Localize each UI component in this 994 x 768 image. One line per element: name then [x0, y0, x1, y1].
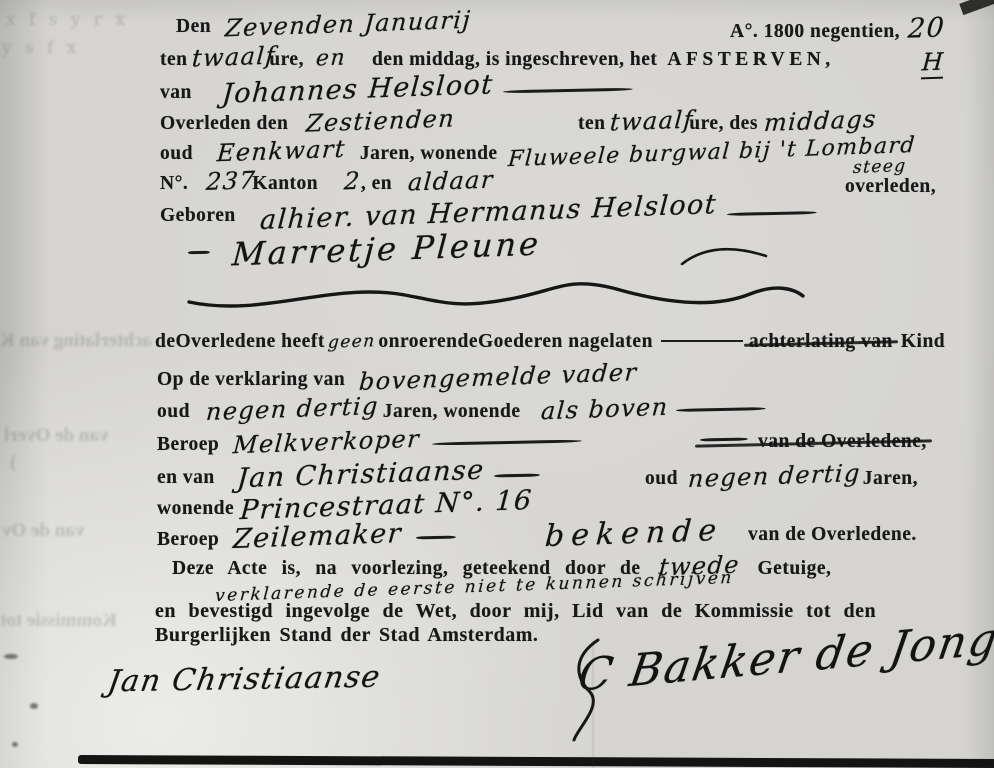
printed-text: , en [361, 173, 392, 195]
record-line-law: en bevestigd ingevolge de Wet, door mij,… [155, 600, 876, 623]
death-record-document: x f s y r x y s f x achterlating van K v… [0, 0, 994, 768]
printed-text: wonende [157, 498, 234, 520]
printed-text: Kind [901, 331, 945, 353]
record-line-year: A°. 1800 negentien, 20 [730, 13, 945, 44]
printed-text: en van [157, 467, 215, 489]
printed-text: en bevestigd ingevolge de Wet, door mij,… [155, 600, 876, 623]
ink-flourish [680, 244, 770, 270]
ink-smudge [30, 703, 38, 709]
record-line-witness-occupation: Beroep Zeilemaker [157, 521, 456, 552]
handwritten-occupation-declarant: Melkverkoper [232, 425, 421, 460]
printed-text: den middag, is ingeschreven, het [372, 49, 657, 71]
bleed-through-text: Kommissie tot [0, 610, 117, 632]
printed-text: achterlating van [749, 331, 893, 352]
printed-text: onroerendeGoederen nagelaten [378, 331, 653, 353]
struck-printed-text: achterlating van [749, 331, 893, 353]
handwritten-witness-age: negen dertig [687, 459, 862, 493]
bleed-through-text: van de Ov [2, 520, 84, 542]
handwritten-mother-name: Marretje Pleune [231, 225, 543, 274]
handwritten-kanton-number: 2 [343, 167, 362, 196]
printed-text: oud [160, 143, 193, 165]
pencil-ghost-mark: y s f x [2, 38, 80, 58]
record-line-witness-address: wonende Princestraat N°. 16 [157, 490, 533, 521]
handwritten-word-middags: middags [763, 105, 878, 137]
ink-stroke [416, 536, 456, 540]
printed-text: Beroep [157, 434, 219, 456]
printed-text: oud [645, 468, 678, 490]
record-line-mother: Marretje Pleune [188, 230, 541, 268]
printed-text: Kanton [252, 173, 318, 195]
printed-text: van de Overledene, [758, 431, 927, 452]
printed-text: Geboren [160, 205, 236, 227]
record-line-relation-struck: van de Overledene, [700, 431, 927, 453]
handwritten-registration-hour: twaalf [191, 41, 277, 72]
handwritten-word-geen: geen [327, 331, 376, 353]
printed-text: A°. 1800 negentien, [730, 21, 900, 43]
handwritten-word-steeg: steeg [852, 156, 907, 178]
record-line-city: Burgerlijken Stand der Stad Amsterdam. [155, 624, 538, 647]
scan-corner-artifact [959, 0, 994, 15]
ink-smudge [12, 742, 18, 747]
printed-text: van [160, 82, 192, 104]
handwritten-death-hour: twaalf [609, 105, 695, 136]
record-line-registration-time: ten twaalf ure, en den middag, is ingesc… [160, 43, 835, 71]
handwritten-occupation-witness: Zeilemaker [232, 518, 403, 555]
handwritten-declarant-age: negen dertig [205, 392, 380, 426]
printed-text: Jaren, wonende [383, 401, 521, 423]
bleed-through-text: van de Overl [4, 425, 109, 447]
printed-text: Den [176, 16, 211, 38]
handwritten-declarant: bovengemelde vader [358, 358, 638, 396]
bleed-through-text: achterlating van K [0, 330, 152, 352]
ink-stroke [503, 88, 633, 94]
handwritten-age: Eenkwart [216, 135, 347, 168]
record-line-registration-date: Den Zevenden Januarij [176, 10, 471, 38]
signature-witness: Jan Christiaanse [105, 660, 383, 700]
record-line-witness: en van Jan Christiaanse [157, 459, 540, 490]
printed-text: ure, des [689, 113, 758, 135]
signature-official: C Bakker de Jong [575, 613, 994, 702]
bleed-through-text: ) [10, 452, 16, 474]
handwritten-word: en [315, 45, 347, 71]
printed-text: oud [157, 401, 190, 423]
record-line-witness-age: oud negen dertig Jaren, [645, 462, 918, 490]
record-line-death-time: ten twaalf ure, des middags [578, 107, 877, 135]
handwritten-declarant-address: als boven [540, 393, 669, 426]
ink-stroke [188, 251, 210, 254]
ink-stroke [700, 437, 748, 441]
printed-text: Overleden den [160, 113, 288, 135]
printed-text: ten [160, 49, 188, 71]
record-line-deceased-name: van Johannes Helsloot [160, 74, 633, 105]
signature-flourish [568, 636, 608, 746]
record-line-house-number: N°. 237 Kanton 2 , en aldaar [160, 167, 494, 195]
printed-text: Burgerlijken Stand der Stad Amsterdam. [155, 624, 538, 647]
printed-text: N°. [160, 173, 188, 195]
printed-text: Beroep [157, 529, 219, 551]
ink-stroke [727, 211, 817, 216]
ink-smudge [4, 654, 18, 659]
printed-text: Jaren, wonende [360, 143, 498, 165]
handwritten-word-bekende: bekende [544, 513, 725, 554]
ink-stroke [676, 407, 766, 412]
printed-text: Jaren, [863, 468, 918, 490]
ink-stroke [494, 474, 540, 478]
ink-flourish [185, 272, 810, 316]
ink-fill-line [661, 340, 743, 343]
ink-stroke [432, 439, 582, 445]
handwritten-death-day: Zestienden [305, 104, 456, 137]
struck-printed-text: van de Overledene, [700, 431, 927, 453]
printed-text: deOverledene heeft [155, 331, 325, 353]
printed-text: Op de verklaring van [157, 369, 345, 391]
handwritten-index-letter: H [921, 48, 946, 80]
record-line-age-address: oud Eenkwart Jaren, wonende Fluweele bur… [160, 137, 916, 165]
handwritten-word-aldaar: aldaar [407, 165, 495, 196]
handwritten-house-number: 237 [205, 166, 257, 196]
scan-edge-bar [78, 755, 994, 768]
printed-text: overleden, [845, 176, 936, 198]
printed-text: Getuige, [758, 558, 832, 580]
handwritten-registration-date: Zevenden Januarij [224, 6, 472, 43]
pencil-ghost-mark: x f s y r x [6, 10, 129, 30]
record-line-declarant-age: oud negen dertig Jaren, wonende als bove… [157, 395, 766, 423]
printed-text-afsterven: AFSTERVEN, [667, 49, 834, 71]
record-line-estate: deOverledene heeft geen onroerendeGoeder… [155, 331, 945, 353]
record-line-declarant-occupation: Beroep Melkverkoper [157, 428, 582, 456]
record-line-declaration: Op de verklaring van bovengemelde vader [157, 363, 638, 391]
record-line-parents: Geboren alhier. van Hermanus Helsloot [160, 197, 817, 228]
handwritten-folio-number: 20 [907, 12, 946, 44]
printed-text: van de Overledene. [748, 524, 917, 546]
printed-text: ten [578, 113, 606, 135]
record-line-death-day: Overleden den Zestienden [160, 107, 456, 135]
